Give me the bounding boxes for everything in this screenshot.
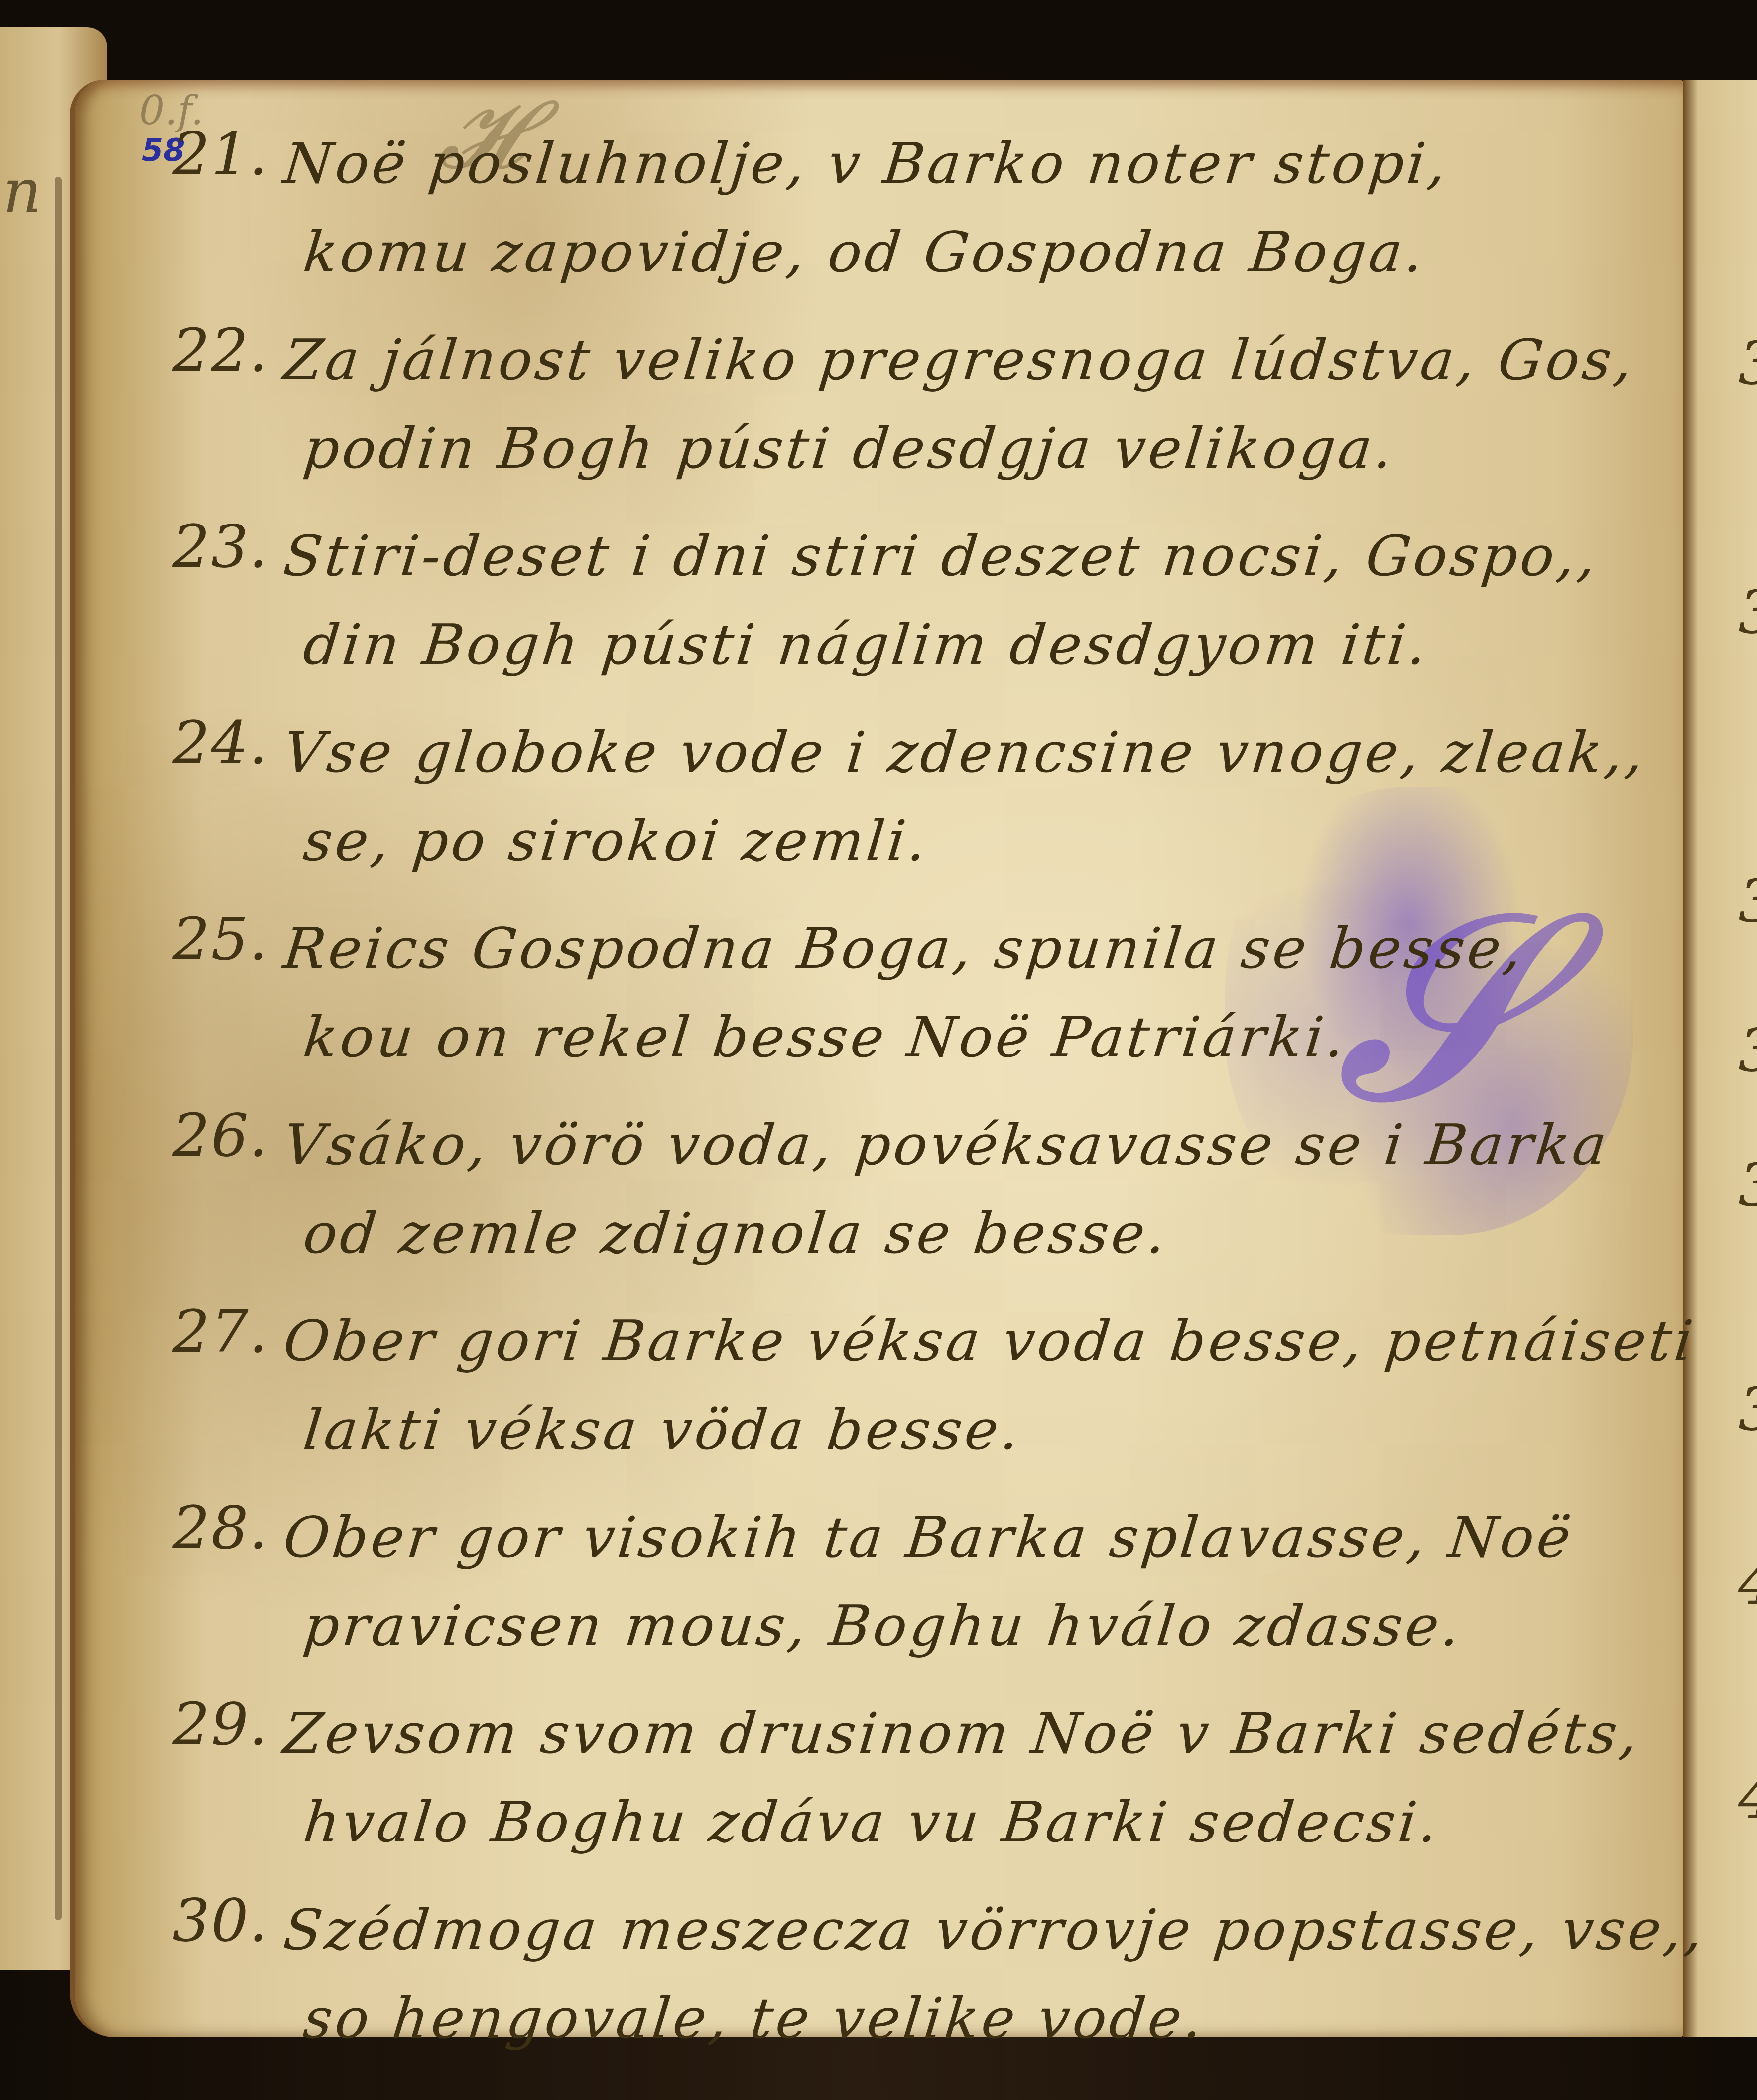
verse-list: 21. Noë posluhnolje, v Barko noter stopi…	[105, 120, 1648, 2082]
next-page-edge: 3 3 3 3 3 3 4 4	[1683, 80, 1757, 2037]
next-page-number: 3	[1738, 329, 1757, 398]
verse-21: 21. Noë posluhnolje, v Barko noter stopi…	[105, 120, 1648, 297]
next-page-number: 3	[1738, 1016, 1757, 1085]
verse-26: 26. Vsáko, vörö voda, povéksavasse se i …	[105, 1101, 1648, 1278]
next-page-number: 3	[1738, 1375, 1757, 1444]
verse-line: Noë posluhnolje, v Barko noter stopi,	[100, 120, 1653, 208]
verse-line: Reics Gospodna Boga, spunila se besse,	[100, 905, 1653, 993]
verse-28: 28. Ober gor visokih ta Barka splavasse,…	[105, 1493, 1648, 1671]
verse-line: hvalo Boghu zdáva vu Barki sedecsi.	[100, 1778, 1653, 1867]
verse-line: Stiri-deset i dni stiri deszet nocsi, Go…	[100, 512, 1653, 601]
verse-line: din Bogh pústi náglim desdgyom iti.	[100, 601, 1653, 689]
verse-27: 27. Ober gori Barke véksa voda besse, pe…	[105, 1297, 1648, 1474]
verse-line: Ober gor visokih ta Barka splavasse, Noë	[100, 1493, 1653, 1582]
verse-22: 22. Za jálnost veliko pregresnoga lúdstv…	[105, 316, 1648, 493]
verse-29: 29. Zevsom svom drusinom Noë v Barki sed…	[105, 1690, 1648, 1867]
verse-line: pravicsen mous, Boghu hválo zdasse.	[100, 1582, 1653, 1671]
next-page-number: 3	[1738, 1151, 1757, 1220]
verse-line: Vse globoke vode i zdencsine vnoge, zlea…	[100, 708, 1653, 797]
previous-page-fragment: n	[3, 157, 41, 226]
verse-line: lakti véksa vöda besse.	[100, 1386, 1653, 1474]
verse-line: Szédmoga meszecza vörrovje popstasse, vs…	[100, 1886, 1653, 1974]
verse-line: komu zapovidje, od Gospodna Boga.	[100, 208, 1653, 297]
verse-23: 23. Stiri-deset i dni stiri deszet nocsi…	[105, 512, 1648, 689]
verse-line: od zemle zdignola se besse.	[100, 1189, 1653, 1278]
next-page-number: 4	[1738, 1763, 1757, 1833]
verse-line: so hengovale, te velike vode.	[100, 1974, 1653, 2063]
previous-page-rule	[55, 177, 62, 1920]
verse-line: Ober gori Barke véksa voda besse, petnái…	[100, 1297, 1653, 1386]
verse-line: kou on rekel besse Noë Patriárki.	[100, 993, 1653, 1082]
verse-line: Vsáko, vörö voda, povéksavasse se i Bark…	[100, 1101, 1653, 1189]
verse-24: 24. Vse globoke vode i zdencsine vnoge, …	[105, 708, 1648, 886]
verse-line: podin Bogh pústi desdgja velikoga.	[100, 404, 1653, 493]
verse-line: Zevsom svom drusinom Noë v Barki sedéts,	[100, 1690, 1653, 1778]
verse-25: 25. Reics Gospodna Boga, spunila se bess…	[105, 905, 1648, 1082]
next-page-number: 3	[1738, 578, 1757, 647]
next-page-number: 3	[1738, 867, 1757, 936]
next-page-number: 4	[1738, 1549, 1757, 1618]
verse-line: se, po sirokoi zemli.	[100, 797, 1653, 886]
verse-30: 30. Szédmoga meszecza vörrovje popstasse…	[105, 1886, 1648, 2063]
verse-line: Za jálnost veliko pregresnoga lúdstva, G…	[100, 316, 1653, 404]
